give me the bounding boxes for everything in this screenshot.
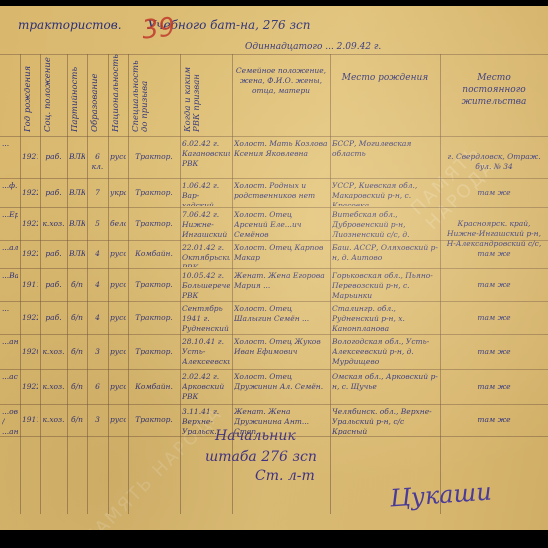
cell-name: ...ал. (2, 243, 18, 267)
title-left: трактористов. (18, 18, 122, 32)
column-header-nationality: Национальность (112, 54, 121, 132)
column-divider (128, 54, 129, 514)
cell-party: ВЛКСМ (69, 181, 85, 213)
cell-residence: там же (442, 407, 546, 443)
row-divider (0, 136, 548, 137)
page-number-stamp: 39 (141, 12, 177, 45)
column-divider (67, 54, 68, 514)
column-divider (40, 54, 41, 514)
column-header-drafted: Когда и каким РВК призван (184, 54, 202, 132)
cell-nationality: русск. (110, 271, 126, 309)
cell-education: 4 (89, 304, 106, 342)
document-page: ПАМЯТЬ НАРОДА ПАМЯТЬ НАРОДА трактористов… (0, 6, 548, 530)
cell-birthplace: Витебская обл., Дубровенский р-н, Лиозне… (332, 210, 438, 239)
cell-name: ... (2, 139, 18, 177)
cell-family: Холост. Отец Шалыгин Семён ... (234, 304, 328, 333)
cell-residence: там же (442, 304, 546, 342)
cell-party: б/п (69, 304, 85, 342)
signature: Цукаши (389, 477, 492, 512)
cell-birthplace: Челябинск. обл., Верхне-Уральский р-н, с… (332, 407, 438, 435)
cell-name: ...асев (2, 372, 18, 403)
cell-name: ... (2, 304, 18, 333)
cell-family: Холост. Отец Жуков Иван Ефимович (234, 337, 328, 368)
cell-year: 1922 (22, 304, 38, 342)
cell-birthplace: Баш. АССР, Оляховский р-н, д. Аитово (332, 243, 438, 267)
cell-name: ...ф. (2, 181, 18, 206)
cell-residence: Красноярск. край, Нижне-Ингашский р-н, Н… (442, 210, 546, 248)
cell-birthplace: Омская обл., Арковский р-н, с. Щучье (332, 372, 438, 403)
column-header-specialty: Специальность до призыва (132, 54, 150, 132)
cell-year: 1922 (22, 210, 38, 248)
cell-family: Холост. Отец Карпов Макар (234, 243, 328, 267)
cell-specialty: Трактор. (130, 407, 178, 443)
cell-specialty: Трактор. (130, 210, 178, 248)
cell-party: ВЛКСМ (69, 243, 85, 273)
cell-party: б/п (69, 407, 85, 443)
cell-drafted: Сентябрь 1941 г. Рудненский РВК Сталиноб… (182, 304, 230, 333)
cell-name: ...анов (2, 337, 18, 368)
cell-birthplace: Вологодская обл., Усть-Алексеевский р-н,… (332, 337, 438, 368)
cell-education: 4 (89, 271, 106, 309)
column-header-year: Год рождения (24, 54, 33, 132)
cell-drafted: 22.01.42 г. Октябрьский РВК Башкир. АССР (182, 243, 230, 267)
cell-nationality: белор. (110, 210, 126, 248)
cell-residence: там же (442, 271, 546, 309)
cell-specialty: Трактор. (130, 304, 178, 342)
cell-nationality: русск. (110, 304, 126, 342)
cell-residence: там же (442, 181, 546, 213)
cell-social: раб. (42, 243, 65, 273)
cell-education: 7 (89, 181, 106, 213)
signature-title-2: штаба 276 зсп (205, 449, 317, 465)
column-header-social: Соц. положение (44, 54, 53, 132)
cell-specialty: Трактор. (130, 271, 178, 309)
cell-drafted: 2.02.42 г. Арковский РВК (182, 372, 230, 403)
cell-nationality: украин. (110, 181, 126, 213)
column-divider (180, 54, 181, 514)
cell-family: Холост. Мать Козлова Ксения Яковлевна (234, 139, 328, 177)
cell-drafted: 7.06.42 г. Нижне-Ингашский РВК Красноярс… (182, 210, 230, 239)
cell-drafted: 10.05.42 г. Большереченский РВК Горьковс… (182, 271, 230, 300)
column-header-residence: Место постоянного жительства (446, 72, 542, 108)
cell-family: Холост. Отец Арсений Еле...ич Семёнов (234, 210, 328, 239)
cell-social: раб. (42, 271, 65, 309)
cell-education: 5 (89, 210, 106, 248)
column-divider (232, 54, 233, 514)
signature-rank: Ст. л-т (255, 468, 315, 484)
column-header-birthplace: Место рождения (336, 72, 434, 84)
cell-year: 1922 (22, 181, 38, 213)
cell-birthplace: Сталингр. обл., Рудненский р-н, х. Канон… (332, 304, 438, 333)
cell-family: Женат. Жена Егорова Мария ... (234, 271, 328, 300)
cell-party: б/п (69, 271, 85, 309)
cell-education: 4 (89, 243, 106, 273)
cell-social: раб. (42, 181, 65, 213)
cell-family: Холост. Родных и родственников нет (234, 181, 328, 206)
cell-year: 1922 (22, 243, 38, 273)
cell-birthplace: УССР, Киевская обл., Макаровский р-н, с.… (332, 181, 438, 206)
cell-specialty: Комбайн. (130, 243, 178, 273)
column-divider (20, 54, 21, 514)
cell-drafted: 6.02.42 г. Кагановский РВК (182, 139, 230, 177)
cell-year: 1911 (22, 407, 38, 443)
cell-name: ...ов / ...анов (2, 407, 18, 435)
column-header-party: Партийность (71, 54, 80, 132)
cell-social: к.хоз. (42, 210, 65, 248)
cell-family: Холост. Отец Дружинин Ал. Семён. (234, 372, 328, 403)
cell-year: 1911 (22, 271, 38, 309)
column-divider (330, 54, 331, 514)
cell-drafted: 28.10.41 г. Усть-Алексеевский РВК Волого… (182, 337, 230, 368)
document-subtitle: Одиннадцатого ... 2.09.42 г. (245, 42, 381, 52)
cell-nationality: русск. (110, 243, 126, 273)
column-divider (87, 54, 88, 514)
column-divider (440, 54, 441, 514)
cell-drafted: 1.06.42 г. Вар-хадский РВК Ленингр. обл. (182, 181, 230, 206)
column-divider (108, 54, 109, 514)
cell-party: ВЛКСМ (69, 210, 85, 248)
cell-specialty: Трактор. (130, 181, 178, 213)
row-divider (0, 54, 548, 55)
column-header-education: Образование (91, 54, 100, 132)
cell-birthplace: Горьковская обл., Пьяно-Перевозский р-н,… (332, 271, 438, 300)
cell-residence: там же (442, 243, 546, 273)
cell-name: ...Ер. (2, 210, 18, 239)
cell-education: 3 (89, 407, 106, 443)
cell-social: раб. (42, 304, 65, 342)
column-header-family: Семейное положение, жена, Ф.И.О. жены, о… (235, 66, 327, 96)
signature-title-1: Начальник (215, 428, 296, 444)
cell-name: ...Вас. (2, 271, 18, 300)
cell-birthplace: БССР, Могилевская область (332, 139, 438, 177)
cell-nationality: русск. (110, 407, 126, 443)
cell-social: к.хоз. (42, 407, 65, 443)
